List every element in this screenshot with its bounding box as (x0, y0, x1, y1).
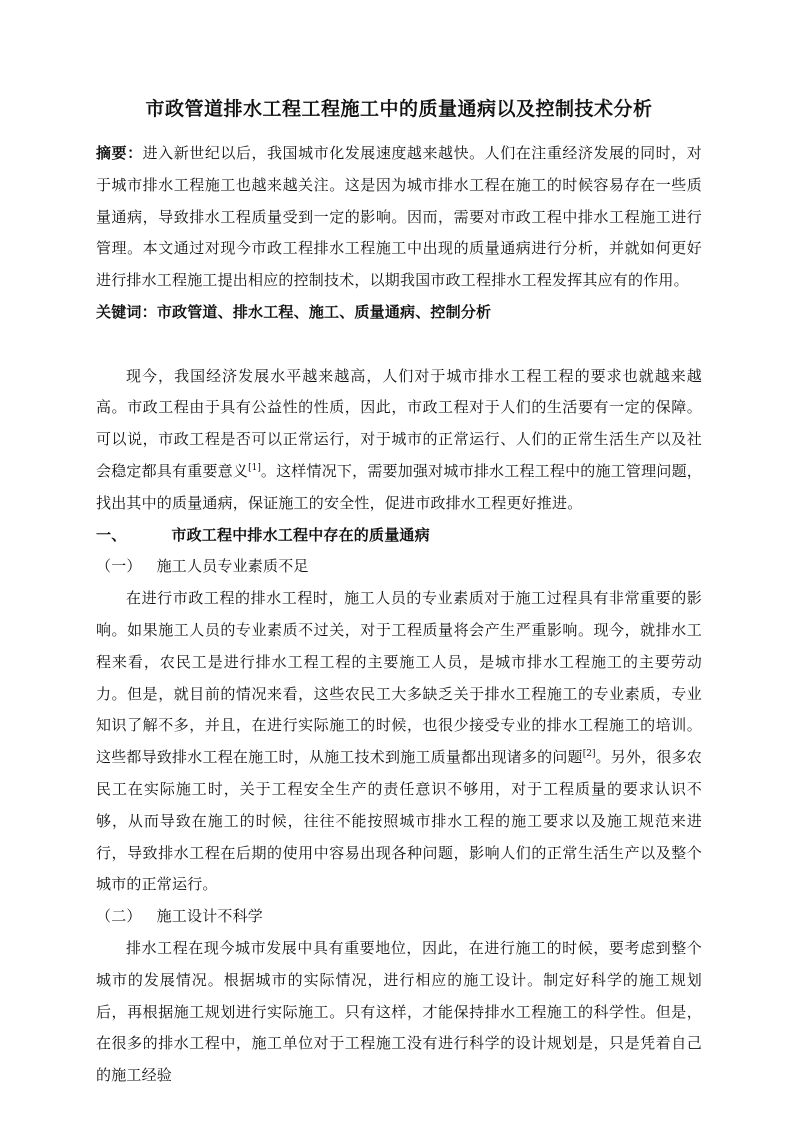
keywords-line: 关键词：市政管道、排水工程、施工、质量通病、控制分析 (96, 297, 702, 329)
reference-marker-2: [2] (583, 749, 596, 759)
abstract-text: 进入新世纪以后，我国城市化发展速度越来越快。人们在注重经济发展的同时，对于城市排… (96, 144, 702, 289)
subsection-1-2-heading: （二）施工设计不科学 (96, 901, 702, 933)
subsection-1-1-title: 施工人员专业素质不足 (157, 557, 309, 575)
document-page: 市政管道排水工程工程施工中的质量通病以及控制技术分析 摘要：进入新世纪以后，我国… (0, 0, 793, 1122)
section-1-heading: 一、市政工程中排水工程中存在的质量通病 (96, 520, 702, 552)
abstract-paragraph: 摘要：进入新世纪以后，我国城市化发展速度越来越快。人们在注重经济发展的同时，对于… (96, 138, 702, 297)
subsection-1-1-paragraph: 在进行市政工程的排水工程时，施工人员的专业素质对于施工过程具有非常重要的影响。如… (96, 583, 702, 901)
keywords-label: 关键词： (96, 303, 157, 321)
subsection-1-2-label: （二） (96, 907, 142, 925)
intro-paragraph: 现今，我国经济发展水平越来越高，人们对于城市排水工程工程的要求也就越来越高。市政… (96, 361, 702, 520)
keywords-text: 市政管道、排水工程、施工、质量通病、控制分析 (157, 303, 491, 321)
subsection-1-1-label: （一） (96, 557, 142, 575)
subsection-1-1-text-before-ref: 在进行市政工程的排水工程时，施工人员的专业素质对于施工过程具有非常重要的影响。如… (96, 589, 702, 766)
reference-marker-1: [1] (248, 463, 261, 473)
document-content: 市政管道排水工程工程施工中的质量通病以及控制技术分析 摘要：进入新世纪以后，我国… (96, 94, 702, 1092)
subsection-1-2-paragraph: 排水工程在现今城市发展中具有重要地位，因此，在进行施工的时候，要考虑到整个城市的… (96, 933, 702, 1092)
subsection-1-1-heading: （一）施工人员专业素质不足 (96, 551, 702, 583)
section-1-title: 市政工程中排水工程中存在的质量通病 (171, 526, 429, 544)
subsection-1-1-text-after-ref: 。另外，很多农民工在实际施工时，关于工程安全生产的责任意识不够用，对于工程质量的… (96, 748, 702, 893)
subsection-1-2-text: 排水工程在现今城市发展中具有重要地位，因此，在进行施工的时候，要考虑到整个城市的… (96, 939, 702, 1084)
section-1-number: 一、 (96, 526, 126, 544)
abstract-label: 摘要： (96, 144, 143, 162)
subsection-1-2-title: 施工设计不科学 (157, 907, 263, 925)
page-title: 市政管道排水工程工程施工中的质量通病以及控制技术分析 (96, 94, 702, 124)
